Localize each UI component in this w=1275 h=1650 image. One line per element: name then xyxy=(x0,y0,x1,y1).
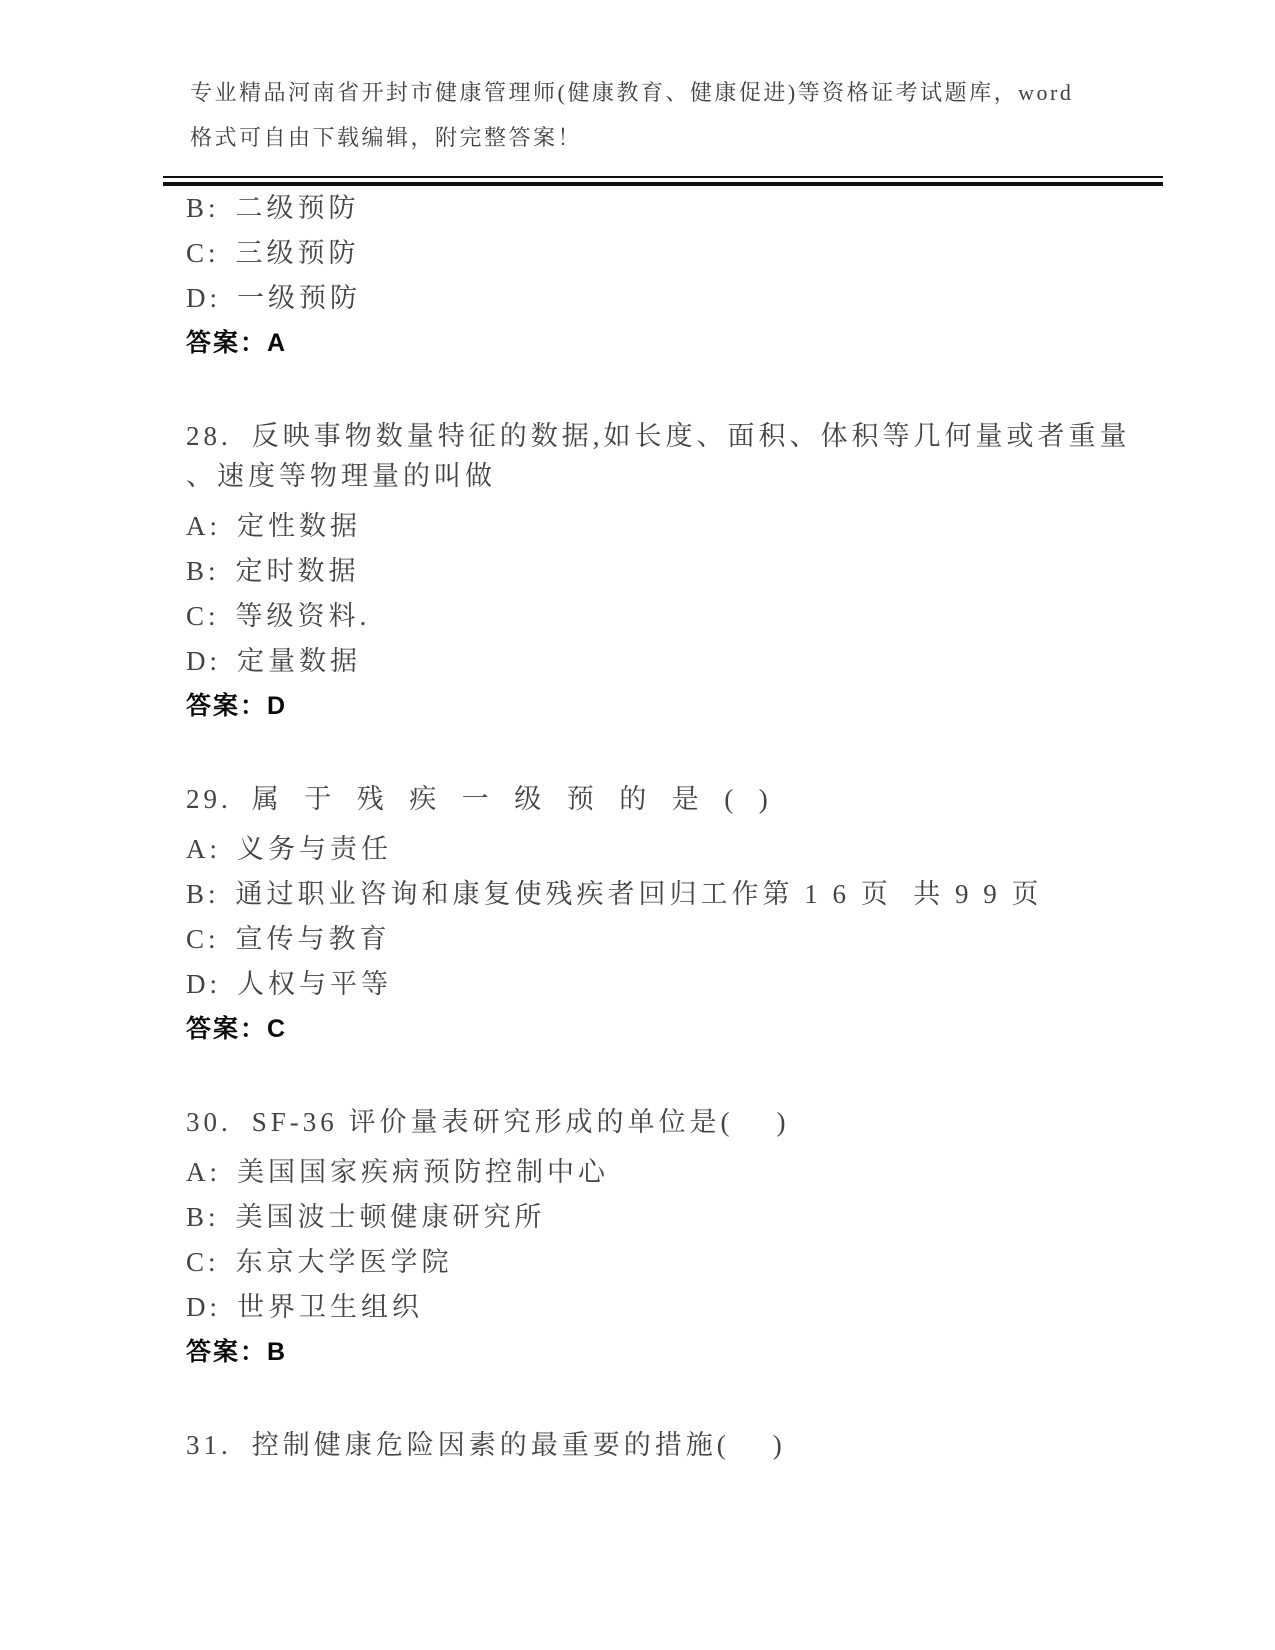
option-text: 宣传与教育 xyxy=(236,924,391,954)
option-line: B:美国波士顿健康研究所 xyxy=(186,1195,1151,1240)
option-line: B:定时数据 xyxy=(186,549,1151,594)
option-label: A: xyxy=(186,1157,221,1187)
answer-line: 答案：C xyxy=(186,1007,1151,1052)
option-line: A:美国国家疾病预防控制中心 xyxy=(186,1150,1151,1195)
option-text: 定量数据 xyxy=(237,646,361,676)
question-block: 30.SF-36 评价量表研究形成的单位是( ) A:美国国家疾病预防控制中心 … xyxy=(186,1102,1151,1375)
question-text-line: 、速度等物理量的叫做 xyxy=(186,456,1151,496)
answer-line: 答案：B xyxy=(186,1330,1151,1375)
header-line: 专业精品河南省开封市健康管理师(健康教育、健康促进)等资格证考试题库，word xyxy=(190,70,1140,115)
option-line: D:人权与平等 xyxy=(186,962,1151,1007)
option-label: C: xyxy=(186,1247,220,1277)
option-label: C: xyxy=(186,238,220,268)
option-text: 美国国家疾病预防控制中心 xyxy=(237,1157,609,1187)
option-text: 一级预防 xyxy=(237,283,361,313)
question-block: 31.控制健康危险因素的最重要的措施( ) xyxy=(186,1425,1151,1465)
header-line: 格式可自由下载编辑，附完整答案！ xyxy=(190,115,1140,160)
question-list: B:二级预防 C:三级预防 D:一级预防 答案：A 28.反映事物数量特征的数据… xyxy=(186,186,1151,1473)
question-block: 28.反映事物数量特征的数据,如长度、面积、体积等几何量或者重量 、速度等物理量… xyxy=(186,416,1151,729)
option-text: 定性数据 xyxy=(237,511,361,541)
option-line: B:二级预防 xyxy=(186,186,1151,231)
page-header: 专业精品河南省开封市健康管理师(健康教育、健康促进)等资格证考试题库，word … xyxy=(190,70,1140,160)
document-page: 专业精品河南省开封市健康管理师(健康教育、健康促进)等资格证考试题库，word … xyxy=(0,0,1275,1650)
option-line: C:三级预防 xyxy=(186,231,1151,276)
option-label: D: xyxy=(186,1292,221,1322)
option-text: 定时数据 xyxy=(236,556,360,586)
question-title: 28.反映事物数量特征的数据,如长度、面积、体积等几何量或者重量 、速度等物理量… xyxy=(186,416,1151,496)
question-text: 反映事物数量特征的数据,如长度、面积、体积等几何量或者重量 xyxy=(252,421,1131,451)
option-label: B: xyxy=(186,556,220,586)
option-line: A:义务与责任 xyxy=(186,827,1151,872)
question-title: 29.属 于 残 疾 一 级 预 的 是 ( ) xyxy=(186,779,1151,819)
option-text: 等级资料. xyxy=(236,601,371,631)
question-text: SF-36 评价量表研究形成的单位是( ) xyxy=(252,1107,790,1137)
option-line: D:定量数据 xyxy=(186,639,1151,684)
question-number: 29. xyxy=(186,784,232,814)
question-text: 控制健康危险因素的最重要的措施( ) xyxy=(252,1430,786,1460)
option-line: D:一级预防 xyxy=(186,276,1151,321)
option-line: A:定性数据 xyxy=(186,504,1151,549)
option-text: 通过职业咨询和康复使残疾者回归工作第 1 6 页 共 9 9 页 xyxy=(236,879,1043,909)
option-label: D: xyxy=(186,969,221,999)
answer-label: 答案： xyxy=(186,692,267,720)
option-label: A: xyxy=(186,511,221,541)
option-text: 世界卫生组织 xyxy=(237,1292,423,1322)
option-line: C:等级资料. xyxy=(186,594,1151,639)
option-label: C: xyxy=(186,601,220,631)
answer-label: 答案： xyxy=(186,1015,267,1043)
question-text-line: 31.控制健康危险因素的最重要的措施( ) xyxy=(186,1425,1151,1465)
option-line: C:宣传与教育 xyxy=(186,917,1151,962)
option-label: D: xyxy=(186,283,221,313)
question-number: 31. xyxy=(186,1430,232,1460)
question-block: 29.属 于 残 疾 一 级 预 的 是 ( ) A:义务与责任 B:通过职业咨… xyxy=(186,779,1151,1052)
question-block: B:二级预防 C:三级预防 D:一级预防 答案：A xyxy=(186,186,1151,366)
option-text: 人权与平等 xyxy=(237,969,392,999)
option-label: B: xyxy=(186,1202,220,1232)
answer-value: C xyxy=(267,1015,287,1043)
answer-value: D xyxy=(267,692,287,720)
header-divider xyxy=(163,176,1163,186)
option-line: D:世界卫生组织 xyxy=(186,1285,1151,1330)
option-text: 义务与责任 xyxy=(237,834,392,864)
answer-line: 答案：A xyxy=(186,321,1151,366)
answer-label: 答案： xyxy=(186,1338,267,1366)
option-label: A: xyxy=(186,834,221,864)
option-line: B:通过职业咨询和康复使残疾者回归工作第 1 6 页 共 9 9 页 xyxy=(186,872,1151,917)
answer-value: B xyxy=(267,1338,287,1366)
question-text: 属 于 残 疾 一 级 预 的 是 ( ) xyxy=(252,784,772,814)
question-text-line: 28.反映事物数量特征的数据,如长度、面积、体积等几何量或者重量 xyxy=(186,416,1151,456)
question-title: 30.SF-36 评价量表研究形成的单位是( ) xyxy=(186,1102,1151,1142)
answer-value: A xyxy=(267,329,287,357)
question-number: 30. xyxy=(186,1107,232,1137)
option-label: D: xyxy=(186,646,221,676)
answer-label: 答案： xyxy=(186,329,267,357)
question-text-line: 30.SF-36 评价量表研究形成的单位是( ) xyxy=(186,1102,1151,1142)
option-text: 三级预防 xyxy=(236,238,360,268)
option-text: 美国波士顿健康研究所 xyxy=(236,1202,546,1232)
option-label: B: xyxy=(186,879,220,909)
answer-line: 答案：D xyxy=(186,684,1151,729)
question-number: 28. xyxy=(186,421,232,451)
option-text: 二级预防 xyxy=(236,193,360,223)
option-text: 东京大学医学院 xyxy=(236,1247,453,1277)
option-label: C: xyxy=(186,924,220,954)
option-line: C:东京大学医学院 xyxy=(186,1240,1151,1285)
question-title: 31.控制健康危险因素的最重要的措施( ) xyxy=(186,1425,1151,1465)
option-label: B: xyxy=(186,193,220,223)
question-text-line: 29.属 于 残 疾 一 级 预 的 是 ( ) xyxy=(186,779,1151,819)
